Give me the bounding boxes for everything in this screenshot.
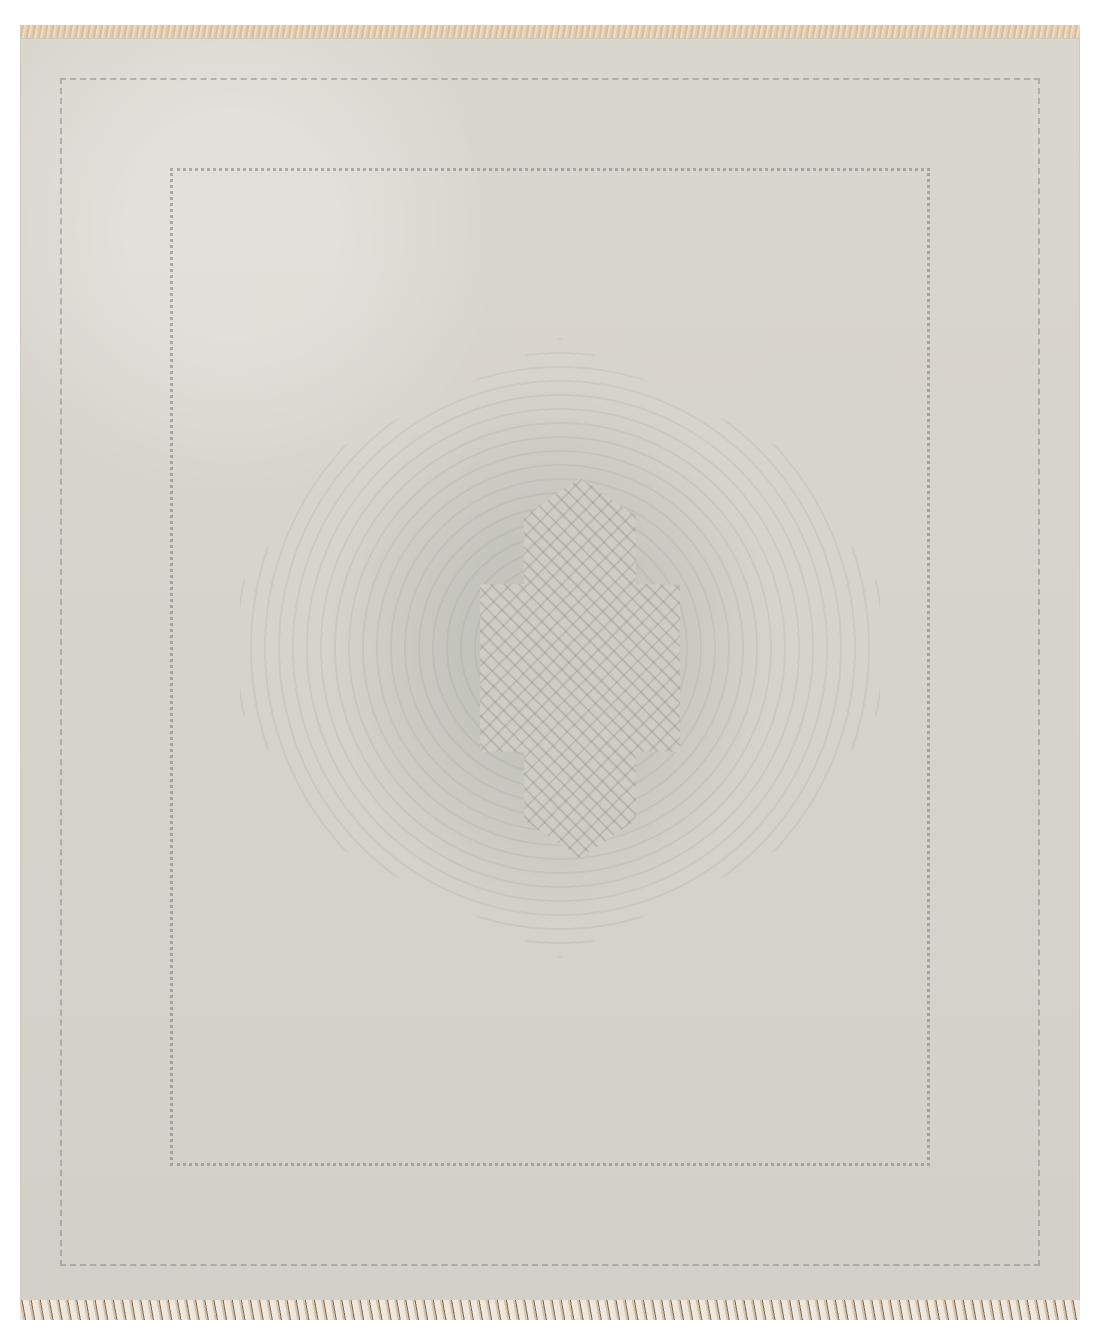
rug-fringe-bottom [20, 1300, 1080, 1320]
rug-body [20, 38, 1080, 1306]
